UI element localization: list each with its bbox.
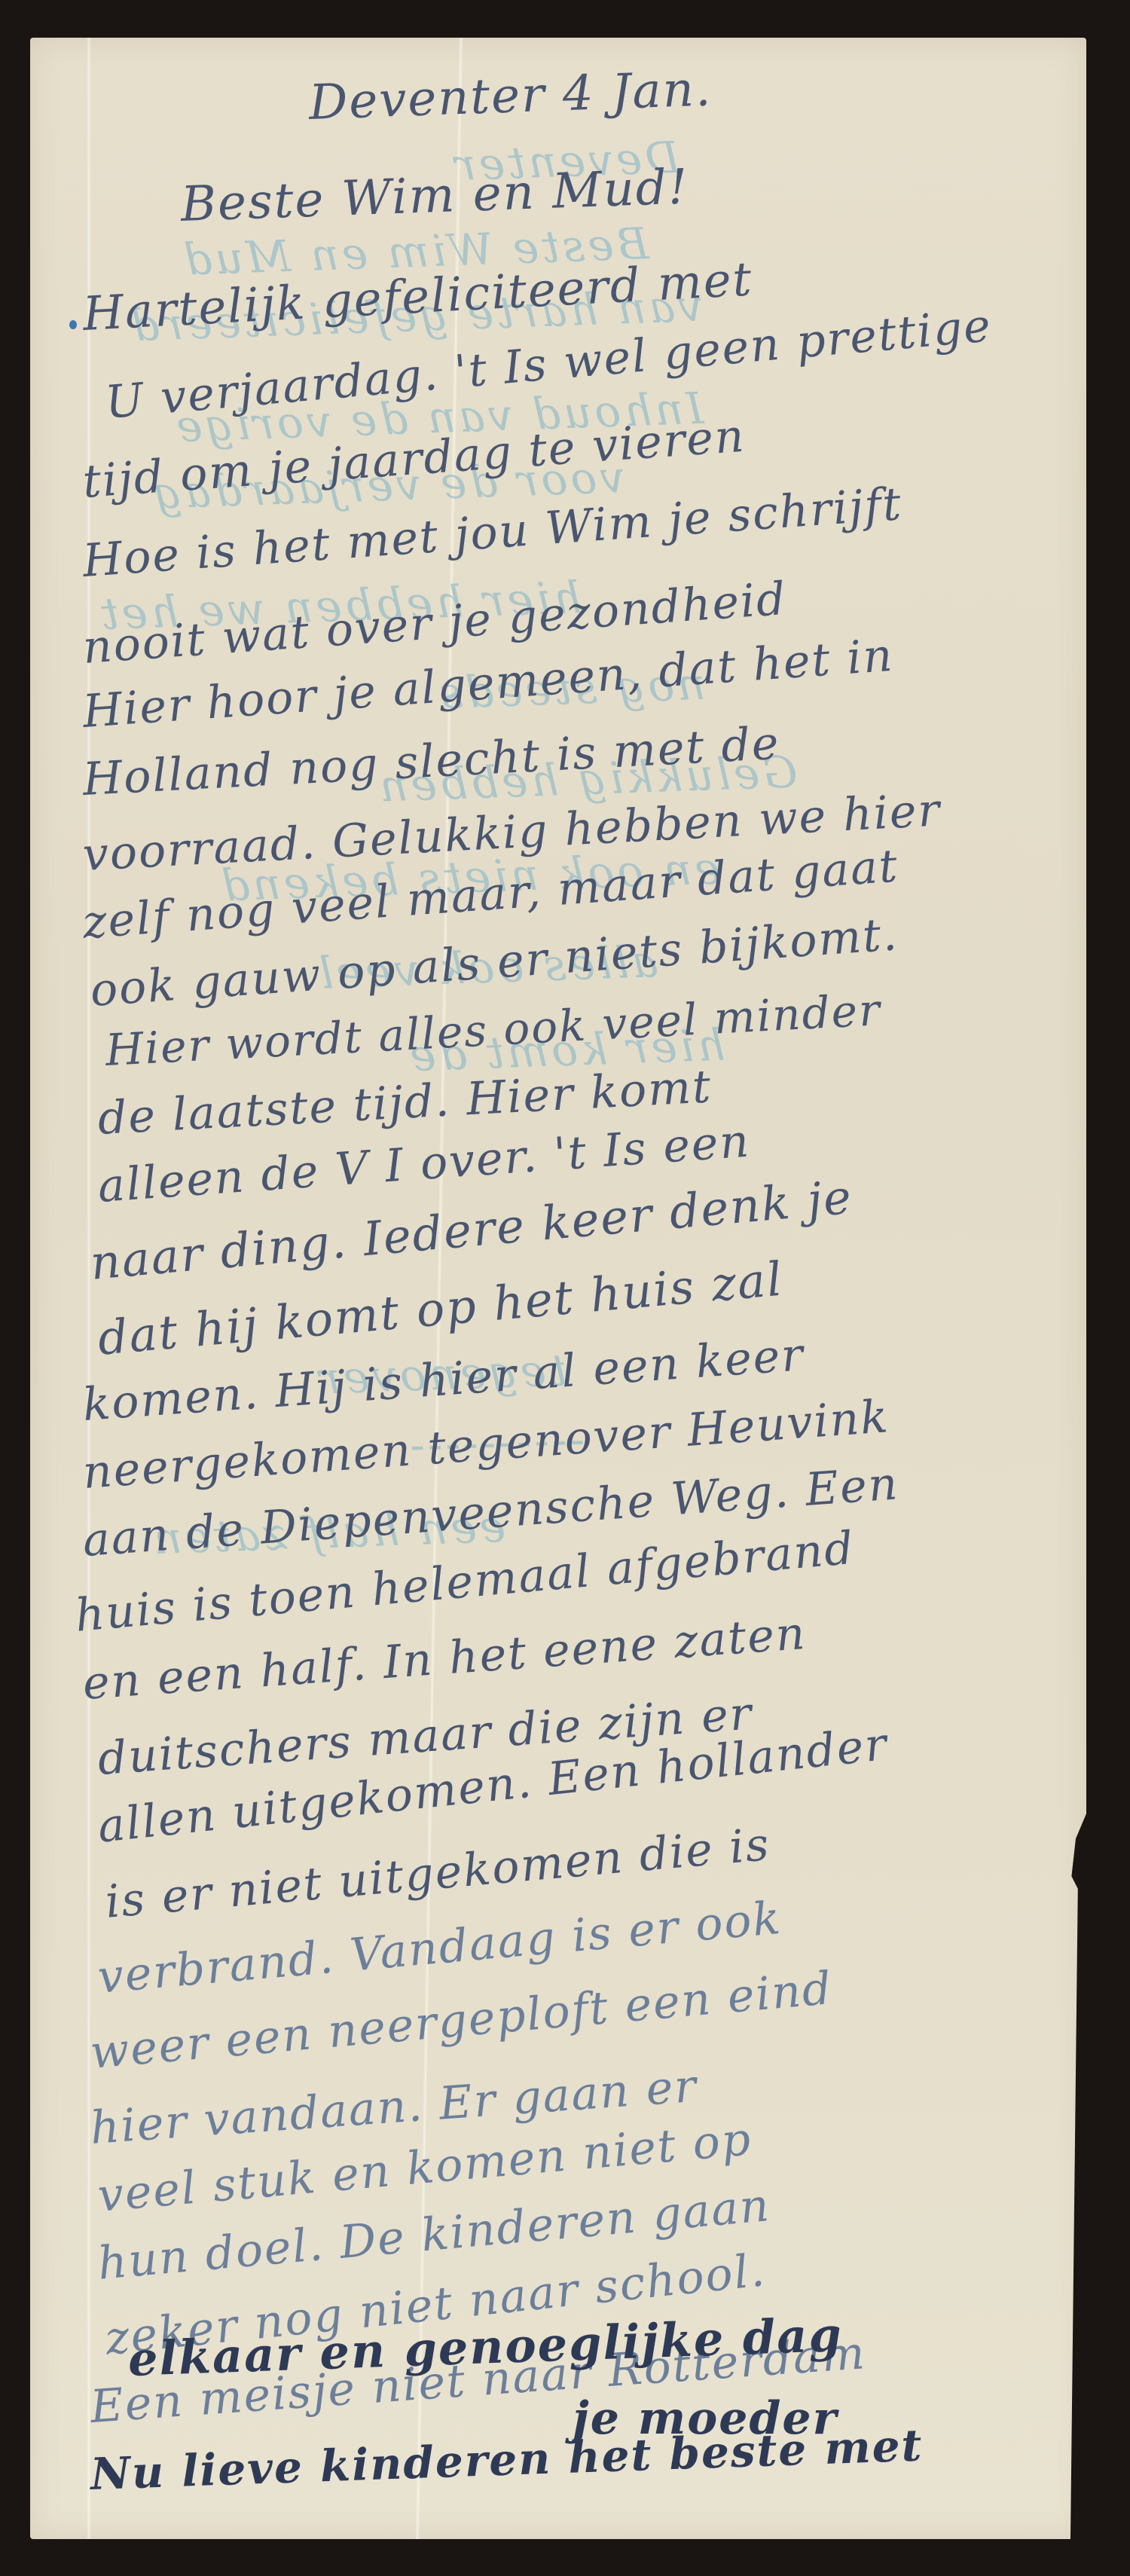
letter-line: Hartelijk gefeliciteerd met	[81, 251, 754, 341]
letter-line: tijd om je jaardag te vieren	[81, 410, 747, 509]
letter-paper: Deventer Beste Wim en Mud van harte gefe…	[30, 38, 1086, 2539]
scan-background: Deventer Beste Wim en Mud van harte gefe…	[0, 0, 1130, 2576]
letter-body: Deventer 4 Jan. Beste Wim en Mud! Hartel…	[30, 38, 1086, 2539]
place-date: Deventer 4 Jan.	[308, 61, 713, 131]
salutation: Beste Wim en Mud!	[180, 159, 690, 233]
signature-closing: je moeder	[573, 2392, 838, 2445]
